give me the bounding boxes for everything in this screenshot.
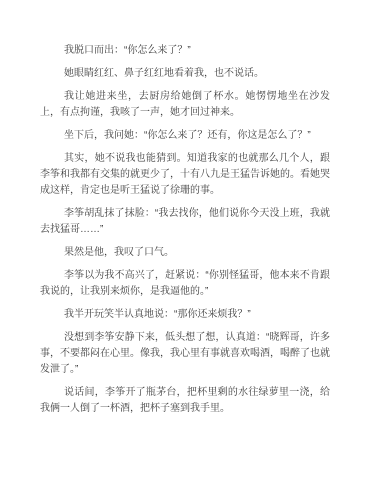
paragraph: 没想到李筝安静下来，低头想了想，认真道：“晓辉哥，许多事，不要都闷在心里。像我，… [40,330,330,378]
paragraph: 李筝以为我不高兴了，赶紧说：“你别怪猛哥，他本来不肯跟我说的，让我别来烦你，是我… [40,268,330,300]
reader-page: 我脱口而出：“你怎么来了？” 她眼睛红红、鼻子红红地看着我，也不说话。 我让她进… [0,0,370,480]
paragraph: 李筝胡乱抹了抹脸：“我去找你，他们说你今天没上班，我就去找猛哥……” [40,206,330,238]
paragraph: 果然是他，我叹了口气。 [40,245,330,261]
paragraph: 我半开玩笑半认真地说：“那你还来烦我？” [40,307,330,323]
paragraph: 我让她进来坐，去厨房给她倒了杯水。她愣愣地坐在沙发上，有点拘谨，我咳了一声，她才… [40,89,330,121]
paragraph: 我脱口而出：“你怎么来了？” [40,43,330,59]
paragraph: 其实，她不说我也能猜到。知道我家的也就那么几个人，跟李筝和我都有交集的就更少了，… [40,151,330,199]
paragraph: 说话间，李筝开了瓶茅台，把杯里剩的水往绿萝里一浇，给我俩一人倒了一杯酒，把杯子塞… [40,385,330,417]
paragraph: 她眼睛红红、鼻子红红地看着我，也不说话。 [40,66,330,82]
paragraph: 坐下后，我问她：“你怎么来了？还有，你这是怎么了？” [40,128,330,144]
